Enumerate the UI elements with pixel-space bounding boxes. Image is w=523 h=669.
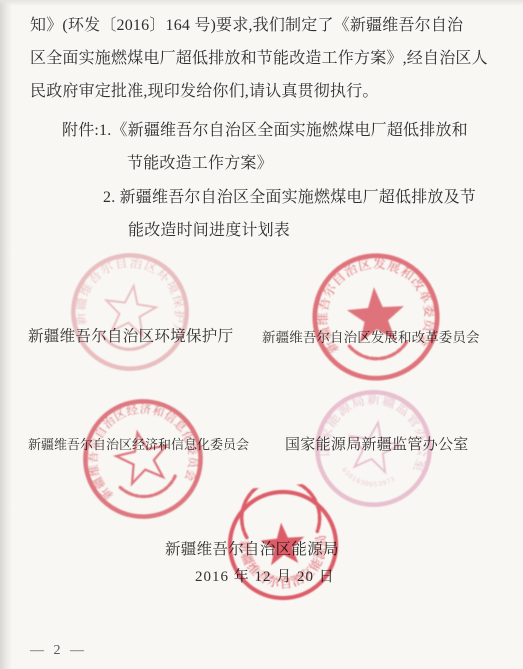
svg-text:国家能源局新疆监管办公室: 国家能源局新疆监管办公室 <box>314 382 440 476</box>
body-line: 区全面实施燃煤电厂超低排放和节能改造工作方案》,经自治区人 <box>30 45 488 68</box>
attachment-line: 2. 新疆维吾尔自治区全面实施燃煤电厂超低排放及节 <box>103 184 476 207</box>
seal-ring <box>75 391 212 528</box>
scanned-document-page: 知》(环发〔2016〕164 号)要求,我们制定了《新疆维吾尔自治 区全面实施燃… <box>0 0 523 669</box>
attachment-line: 节能改造工作方案》 <box>127 150 273 173</box>
seal-ring <box>311 252 442 383</box>
scan-edge-shadow <box>0 0 12 669</box>
attachment-line: 能改造时间进度计划表 <box>128 217 290 240</box>
signature-development-reform: 新疆维吾尔自治区发展和改革委员会 <box>262 326 480 346</box>
page-number: — 2 — <box>30 643 87 659</box>
signature-energy-regulatory: 国家能源局新疆监管办公室 <box>285 433 469 454</box>
uyghur-script-arc <box>238 481 320 538</box>
attachment-line: 附件:1.《新疆维吾尔自治区全面实施燃煤电厂超低排放和 <box>62 117 468 140</box>
signature-environmental-protection: 新疆维吾尔自治区环境保护厅 <box>28 324 233 346</box>
svg-text:6501030053973: 6501030053973 <box>338 466 398 493</box>
scan-edge-shadow-top <box>0 0 523 6</box>
environmental-protection-seal: 新疆维吾尔自治区环境保护厅 <box>59 241 201 383</box>
seal-code: 6501030053973 <box>338 466 398 493</box>
economy-information-commission-seal: 新疆维吾尔自治区经济和信息化委员会 <box>67 383 219 535</box>
signature-energy-bureau: 新疆维吾尔自治区能源局 <box>165 537 339 559</box>
development-reform-commission-seal: 新疆维吾尔自治区发展和改革委员会 <box>303 244 448 389</box>
seal-ring <box>66 248 194 376</box>
seal-arc-text: 国家能源局新疆监管办公室 <box>314 382 440 476</box>
signature-economy-information: 新疆维吾尔自治区经济和信息化委员会 <box>28 434 249 453</box>
body-line: 民政府审定批准,现印发给你们,请认真贯彻执行。 <box>30 78 379 101</box>
body-line: 知》(环发〔2016〕164 号)要求,我们制定了《新疆维吾尔自治 <box>30 12 463 35</box>
document-date: 2016 年 12 月 20 日 <box>195 565 335 586</box>
uyghur-script-arc <box>120 476 178 502</box>
